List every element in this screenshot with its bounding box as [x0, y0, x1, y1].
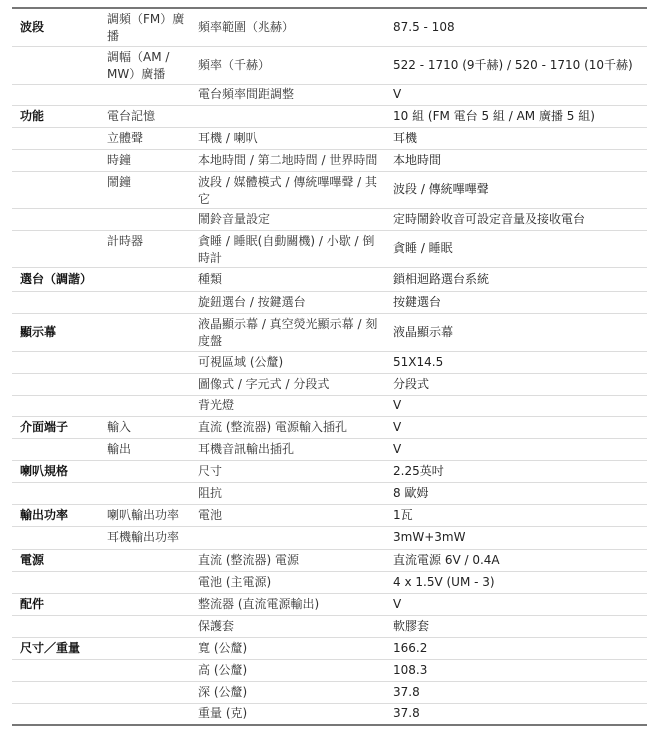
spec-item: 耳機 / 喇叭 — [190, 127, 385, 149]
spec-category — [12, 659, 99, 681]
spec-value: V — [385, 84, 647, 105]
spec-category — [12, 127, 99, 149]
spec-category: 選台（調諧） — [12, 267, 99, 291]
spec-subcategory — [99, 659, 190, 681]
spec-item: 阻抗 — [190, 482, 385, 504]
spec-category — [12, 208, 99, 230]
spec-category — [12, 571, 99, 593]
spec-category — [12, 351, 99, 373]
spec-row: 波段調頻（FM）廣播頻率範圍（兆赫）87.5 - 108 — [12, 8, 647, 46]
spec-item: 尺寸 — [190, 460, 385, 482]
spec-row: 計時器貪睡 / 睡眠(自動關機) / 小歇 / 倒時計貪睡 / 睡眠 — [12, 230, 647, 267]
spec-subcategory: 輸入 — [99, 416, 190, 438]
spec-item: 種類 — [190, 267, 385, 291]
spec-subcategory: 輸出 — [99, 438, 190, 460]
spec-category — [12, 526, 99, 549]
spec-row: 鬧鈴音量設定定時鬧鈴收音可設定音量及接收電台 — [12, 208, 647, 230]
spec-row: 介面端子輸入直流 (整流器) 電源輸入插孔V — [12, 416, 647, 438]
spec-value: V — [385, 593, 647, 615]
spec-item: 保護套 — [190, 615, 385, 637]
spec-item: 寬 (公釐) — [190, 637, 385, 659]
spec-row: 耳機輸出功率3mW+3mW — [12, 526, 647, 549]
spec-subcategory — [99, 571, 190, 593]
spec-value: 37.8 — [385, 681, 647, 703]
spec-subcategory: 鬧鐘 — [99, 171, 190, 208]
spec-subcategory — [99, 593, 190, 615]
spec-row: 功能電台記憶10 組 (FM 電台 5 組 / AM 廣播 5 組) — [12, 105, 647, 127]
spec-value: 定時鬧鈴收音可設定音量及接收電台 — [385, 208, 647, 230]
spec-item: 波段 / 媒體模式 / 傳統嗶嗶聲 / 其它 — [190, 171, 385, 208]
spec-item: 液晶顯示幕 / 真空熒光顯示幕 / 刻度盤 — [190, 313, 385, 351]
spec-subcategory — [99, 351, 190, 373]
spec-value: 軟膠套 — [385, 615, 647, 637]
spec-category — [12, 149, 99, 171]
spec-item: 耳機音訊輸出插孔 — [190, 438, 385, 460]
spec-item: 貪睡 / 睡眠(自動關機) / 小歇 / 倒時計 — [190, 230, 385, 267]
spec-row: 圖像式 / 字元式 / 分段式分段式 — [12, 373, 647, 395]
spec-item: 直流 (整流器) 電源 — [190, 549, 385, 571]
spec-row: 深 (公釐)37.8 — [12, 681, 647, 703]
spec-category: 功能 — [12, 105, 99, 127]
spec-row: 選台（調諧）種類鎖相迴路選台系統 — [12, 267, 647, 291]
spec-value: 4 x 1.5V (UM - 3) — [385, 571, 647, 593]
spec-value: 波段 / 傳統嗶嗶聲 — [385, 171, 647, 208]
spec-subcategory: 喇叭輸出功率 — [99, 504, 190, 526]
spec-item: 圖像式 / 字元式 / 分段式 — [190, 373, 385, 395]
spec-category — [12, 171, 99, 208]
spec-category: 介面端子 — [12, 416, 99, 438]
spec-row: 電台頻率間距調整V — [12, 84, 647, 105]
spec-item: 深 (公釐) — [190, 681, 385, 703]
spec-row: 輸出耳機音訊輸出插孔V — [12, 438, 647, 460]
spec-table: 波段調頻（FM）廣播頻率範圍（兆赫）87.5 - 108調幅（AM / MW）廣… — [12, 7, 647, 726]
spec-value: 鎖相迴路選台系統 — [385, 267, 647, 291]
spec-subcategory — [99, 373, 190, 395]
spec-value: 166.2 — [385, 637, 647, 659]
spec-item: 背光燈 — [190, 395, 385, 416]
spec-subcategory: 耳機輸出功率 — [99, 526, 190, 549]
spec-item — [190, 526, 385, 549]
spec-value: 液晶顯示幕 — [385, 313, 647, 351]
spec-category — [12, 482, 99, 504]
spec-category — [12, 46, 99, 84]
spec-row: 立體聲耳機 / 喇叭耳機 — [12, 127, 647, 149]
spec-row: 可視區域 (公釐)51X14.5 — [12, 351, 647, 373]
spec-subcategory — [99, 208, 190, 230]
spec-item: 可視區域 (公釐) — [190, 351, 385, 373]
spec-row: 重量 (克)37.8 — [12, 703, 647, 725]
spec-value: V — [385, 395, 647, 416]
spec-subcategory — [99, 395, 190, 416]
spec-value: 8 歐姆 — [385, 482, 647, 504]
spec-item: 頻率範圍（兆赫） — [190, 8, 385, 46]
spec-subcategory — [99, 681, 190, 703]
spec-item: 本地時間 / 第二地時間 / 世界時間 — [190, 149, 385, 171]
spec-item: 整流器 (直流電源輸出) — [190, 593, 385, 615]
spec-subcategory: 調頻（FM）廣播 — [99, 8, 190, 46]
spec-item: 鬧鈴音量設定 — [190, 208, 385, 230]
spec-value: 522 - 1710 (9千赫) / 520 - 1710 (10千赫) — [385, 46, 647, 84]
spec-table-container: 波段調頻（FM）廣播頻率範圍（兆赫）87.5 - 108調幅（AM / MW）廣… — [12, 7, 647, 726]
spec-item: 電池 — [190, 504, 385, 526]
spec-row: 保護套軟膠套 — [12, 615, 647, 637]
spec-value: 直流電源 6V / 0.4A — [385, 549, 647, 571]
spec-value: 108.3 — [385, 659, 647, 681]
spec-subcategory — [99, 313, 190, 351]
spec-subcategory — [99, 615, 190, 637]
spec-value: 分段式 — [385, 373, 647, 395]
spec-row: 高 (公釐)108.3 — [12, 659, 647, 681]
spec-row: 鬧鐘波段 / 媒體模式 / 傳統嗶嗶聲 / 其它波段 / 傳統嗶嗶聲 — [12, 171, 647, 208]
spec-subcategory — [99, 703, 190, 725]
spec-row: 時鐘本地時間 / 第二地時間 / 世界時間本地時間 — [12, 149, 647, 171]
spec-item: 電台頻率間距調整 — [190, 84, 385, 105]
spec-category — [12, 291, 99, 313]
spec-row: 電源直流 (整流器) 電源直流電源 6V / 0.4A — [12, 549, 647, 571]
spec-category — [12, 681, 99, 703]
spec-row: 背光燈V — [12, 395, 647, 416]
spec-row: 喇叭規格尺寸2.25英吋 — [12, 460, 647, 482]
spec-category: 電源 — [12, 549, 99, 571]
spec-subcategory: 計時器 — [99, 230, 190, 267]
spec-subcategory: 時鐘 — [99, 149, 190, 171]
spec-value: 10 組 (FM 電台 5 組 / AM 廣播 5 組) — [385, 105, 647, 127]
spec-row: 旋鈕選台 / 按鍵選台按鍵選台 — [12, 291, 647, 313]
spec-row: 阻抗8 歐姆 — [12, 482, 647, 504]
spec-category: 喇叭規格 — [12, 460, 99, 482]
spec-category — [12, 395, 99, 416]
spec-value: 87.5 - 108 — [385, 8, 647, 46]
spec-row: 電池 (主電源)4 x 1.5V (UM - 3) — [12, 571, 647, 593]
spec-value: V — [385, 438, 647, 460]
spec-item: 電池 (主電源) — [190, 571, 385, 593]
spec-subcategory: 電台記憶 — [99, 105, 190, 127]
spec-category — [12, 230, 99, 267]
spec-subcategory — [99, 84, 190, 105]
spec-subcategory: 立體聲 — [99, 127, 190, 149]
spec-value: 本地時間 — [385, 149, 647, 171]
spec-subcategory: 調幅（AM / MW）廣播 — [99, 46, 190, 84]
spec-category: 輸出功率 — [12, 504, 99, 526]
spec-subcategory — [99, 267, 190, 291]
spec-subcategory — [99, 549, 190, 571]
spec-row: 輸出功率喇叭輸出功率電池1瓦 — [12, 504, 647, 526]
spec-row: 調幅（AM / MW）廣播頻率（千赫）522 - 1710 (9千赫) / 52… — [12, 46, 647, 84]
spec-subcategory — [99, 460, 190, 482]
spec-row: 顯示幕液晶顯示幕 / 真空熒光顯示幕 / 刻度盤液晶顯示幕 — [12, 313, 647, 351]
spec-item: 旋鈕選台 / 按鍵選台 — [190, 291, 385, 313]
spec-value: 51X14.5 — [385, 351, 647, 373]
spec-subcategory — [99, 482, 190, 504]
spec-item — [190, 105, 385, 127]
spec-category: 配件 — [12, 593, 99, 615]
spec-category: 尺寸／重量 — [12, 637, 99, 659]
spec-item: 重量 (克) — [190, 703, 385, 725]
spec-item: 頻率（千赫） — [190, 46, 385, 84]
spec-value: 貪睡 / 睡眠 — [385, 230, 647, 267]
spec-category — [12, 84, 99, 105]
spec-category — [12, 373, 99, 395]
spec-value: 2.25英吋 — [385, 460, 647, 482]
spec-value: 1瓦 — [385, 504, 647, 526]
spec-category — [12, 615, 99, 637]
spec-value: 3mW+3mW — [385, 526, 647, 549]
spec-value: 按鍵選台 — [385, 291, 647, 313]
spec-item: 直流 (整流器) 電源輸入插孔 — [190, 416, 385, 438]
spec-subcategory — [99, 291, 190, 313]
spec-subcategory — [99, 637, 190, 659]
spec-value: V — [385, 416, 647, 438]
spec-category: 顯示幕 — [12, 313, 99, 351]
spec-row: 配件整流器 (直流電源輸出)V — [12, 593, 647, 615]
spec-item: 高 (公釐) — [190, 659, 385, 681]
spec-row: 尺寸／重量寬 (公釐)166.2 — [12, 637, 647, 659]
spec-category: 波段 — [12, 8, 99, 46]
spec-value: 耳機 — [385, 127, 647, 149]
spec-category — [12, 703, 99, 725]
spec-value: 37.8 — [385, 703, 647, 725]
spec-category — [12, 438, 99, 460]
